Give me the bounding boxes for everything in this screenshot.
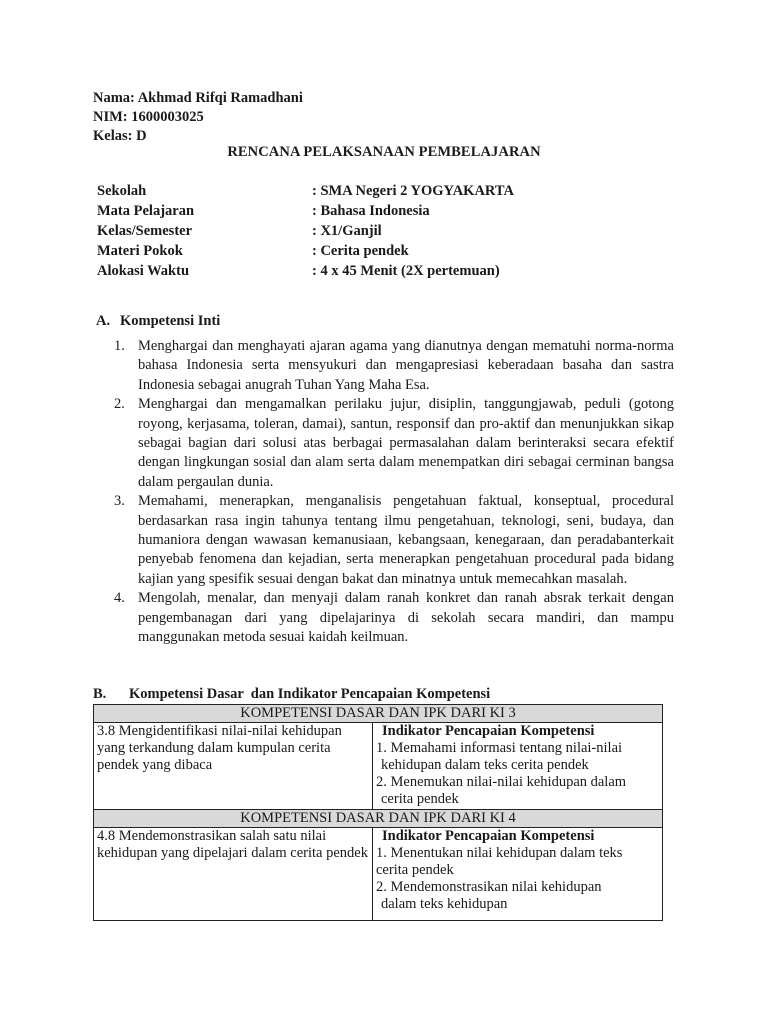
list-item: 4. Mengolah, menalar, dan menyaji dalam … bbox=[114, 589, 674, 647]
item-number: 1. bbox=[114, 337, 138, 395]
core-competency-list: 1. Menghargai dan menghayati ajaran agam… bbox=[114, 337, 674, 648]
item-text: Menghargai dan mengamalkan perilaku juju… bbox=[138, 395, 674, 492]
indicator-item: 1. Memahami informasi tentang nilai-nila… bbox=[377, 740, 659, 774]
indicator-item: 1. Menentukan nilai kehidupan dalam teks… bbox=[377, 845, 659, 879]
indicator-item: 2. Menemukan nilai-nilai kehidupan dalam… bbox=[377, 774, 659, 808]
info-value: : Cerita pendek bbox=[312, 241, 409, 261]
document-title: RENCANA PELAKSANAAN PEMBELAJARAN bbox=[0, 144, 768, 161]
table-header-ki3: KOMPETENSI DASAR DAN IPK DARI KI 3 bbox=[94, 705, 663, 723]
section-title: Kompetensi Dasar dan Indikator Pencapaia… bbox=[129, 686, 490, 702]
indicator-title: Indikator Pencapaian Kompetensi bbox=[377, 828, 659, 845]
info-row-time-allocation: Alokasi Waktu : 4 x 45 Menit (2X pertemu… bbox=[97, 261, 514, 281]
section-letter: B. bbox=[93, 686, 129, 703]
student-nim: NIM: 1600003025 bbox=[93, 108, 303, 127]
section-title: Kompetensi Inti bbox=[120, 313, 220, 329]
info-value: : SMA Negeri 2 YOGYAKARTA bbox=[312, 181, 514, 201]
item-number: 4. bbox=[114, 589, 138, 647]
info-label: Sekolah bbox=[97, 181, 312, 201]
student-identity: Nama: Akhmad Rifqi Ramadhani NIM: 160000… bbox=[93, 89, 303, 146]
indicator-cell: Indikator Pencapaian Kompetensi 1. Menen… bbox=[373, 828, 663, 921]
document-page: Nama: Akhmad Rifqi Ramadhani NIM: 160000… bbox=[0, 0, 768, 1024]
info-row-class-semester: Kelas/Semester : X1/Ganjil bbox=[97, 221, 514, 241]
section-letter: A. bbox=[96, 313, 120, 330]
basic-competency-table: KOMPETENSI DASAR DAN IPK DARI KI 3 3.8 M… bbox=[93, 704, 663, 921]
info-label: Mata Pelajaran bbox=[97, 201, 312, 221]
student-name: Nama: Akhmad Rifqi Ramadhani bbox=[93, 89, 303, 108]
info-value: : X1/Ganjil bbox=[312, 221, 382, 241]
info-label: Kelas/Semester bbox=[97, 221, 312, 241]
table-header-ki4: KOMPETENSI DASAR DAN IPK DARI KI 4 bbox=[94, 810, 663, 828]
info-label: Materi Pokok bbox=[97, 241, 312, 261]
kd-cell: 3.8 Mengidentifikasi nilai-nilai kehidup… bbox=[94, 723, 373, 810]
indicator-title: Indikator Pencapaian Kompetensi bbox=[377, 723, 659, 740]
info-row-school: Sekolah : SMA Negeri 2 YOGYAKARTA bbox=[97, 181, 514, 201]
list-item: 2. Menghargai dan mengamalkan perilaku j… bbox=[114, 395, 674, 492]
item-text: Menghargai dan menghayati ajaran agama y… bbox=[138, 337, 674, 395]
indicator-cell: Indikator Pencapaian Kompetensi 1. Memah… bbox=[373, 723, 663, 810]
table-row: 3.8 Mengidentifikasi nilai-nilai kehidup… bbox=[94, 723, 663, 810]
item-number: 2. bbox=[114, 395, 138, 492]
kd-cell: 4.8 Mendemonstrasikan salah satu nilai k… bbox=[94, 828, 373, 921]
table-row: 4.8 Mendemonstrasikan salah satu nilai k… bbox=[94, 828, 663, 921]
list-item: 3. Memahami, menerapkan, menganalisis pe… bbox=[114, 492, 674, 589]
table-header-row: KOMPETENSI DASAR DAN IPK DARI KI 3 bbox=[94, 705, 663, 723]
item-number: 3. bbox=[114, 492, 138, 589]
info-value: : Bahasa Indonesia bbox=[312, 201, 430, 221]
table-header-row: KOMPETENSI DASAR DAN IPK DARI KI 4 bbox=[94, 810, 663, 828]
info-row-topic: Materi Pokok : Cerita pendek bbox=[97, 241, 514, 261]
indicator-item: 2. Mendemonstrasikan nilai kehidupan dal… bbox=[377, 879, 659, 913]
item-text: Mengolah, menalar, dan menyaji dalam ran… bbox=[138, 589, 674, 647]
item-text: Memahami, menerapkan, menganalisis penge… bbox=[138, 492, 674, 589]
info-value: : 4 x 45 Menit (2X pertemuan) bbox=[312, 261, 500, 281]
lesson-info: Sekolah : SMA Negeri 2 YOGYAKARTA Mata P… bbox=[97, 181, 514, 281]
info-row-subject: Mata Pelajaran : Bahasa Indonesia bbox=[97, 201, 514, 221]
section-b-heading: B.Kompetensi Dasar dan Indikator Pencapa… bbox=[93, 686, 490, 703]
info-label: Alokasi Waktu bbox=[97, 261, 312, 281]
list-item: 1. Menghargai dan menghayati ajaran agam… bbox=[114, 337, 674, 395]
section-a-heading: A.Kompetensi Inti bbox=[96, 313, 220, 330]
